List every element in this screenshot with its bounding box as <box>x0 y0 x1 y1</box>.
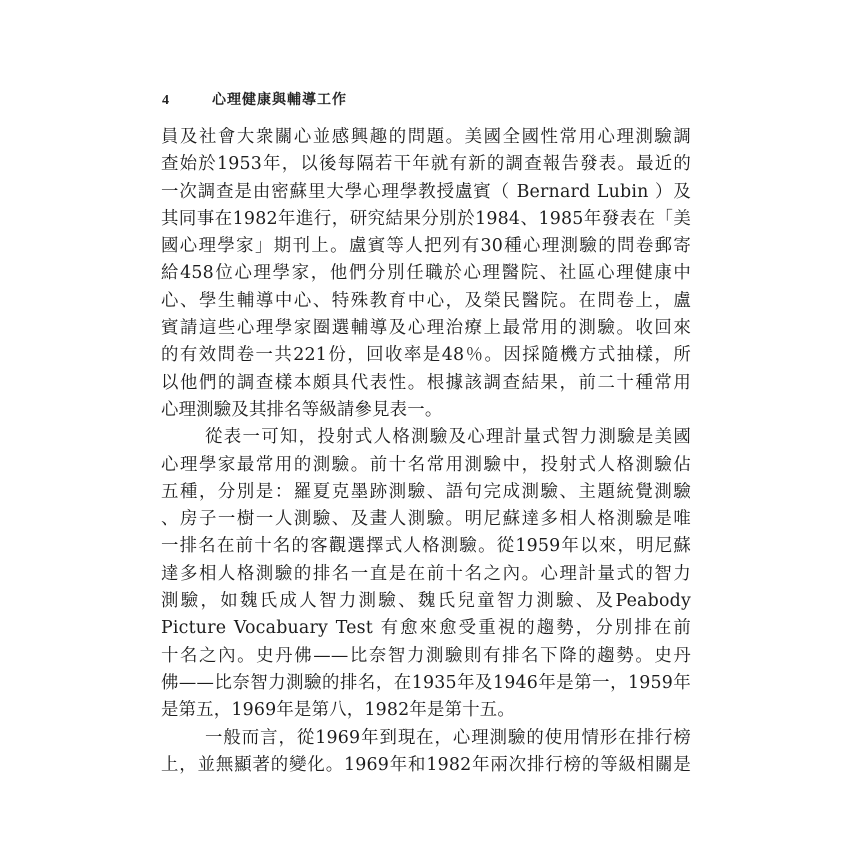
text-line: 五種，分別是：羅夏克墨跡測驗、語句完成測驗、主題統覺測驗 <box>161 479 691 506</box>
text-line: 從表一可知，投射式人格測驗及心理計量式智力測驗是美國 <box>161 424 691 451</box>
text-line: 上，並無顯著的變化。1969年和1982年兩次排行榜的等級相關是 <box>161 752 691 779</box>
text-line: 心理測驗及其排名等級請參見表一。 <box>161 397 691 424</box>
text-line: Picture Vocabuary Test 有愈來愈受重視的趨勢，分別排在前 <box>161 615 691 642</box>
text-line: 以他們的調查樣本頗具代表性。根據該調查結果，前二十種常用 <box>161 370 691 397</box>
book-title: 心理健康與輔導工作 <box>212 92 347 108</box>
text-line: 是第五，1969年是第八，1982年是第十五。 <box>161 697 691 724</box>
paragraph-2: 從表一可知，投射式人格測驗及心理計量式智力測驗是美國 心理學家最常用的測驗。前十… <box>161 424 691 724</box>
running-header: 4心理健康與輔導工作 <box>162 90 347 110</box>
text-line: 心、學生輔導中心、特殊教育中心，及榮民醫院。在問卷上，盧 <box>161 288 691 315</box>
body-text: 員及社會大衆關心並感興趣的問題。美國全國性常用心理測驗調 查始於1953年，以後… <box>161 124 691 779</box>
text-line: 一般而言，從1969年到現在，心理測驗的使用情形在排行榜 <box>161 725 691 752</box>
page-number: 4 <box>162 91 212 111</box>
text-line: 達多相人格測驗的排名一直是在前十名之內。心理計量式的智力 <box>161 561 691 588</box>
text-line: 一排名在前十名的客觀選擇式人格測驗。從1959年以來，明尼蘇 <box>161 533 691 560</box>
text-line: 心理學家最常用的測驗。前十名常用測驗中，投射式人格測驗佔 <box>161 452 691 479</box>
paragraph-1: 員及社會大衆關心並感興趣的問題。美國全國性常用心理測驗調 查始於1953年，以後… <box>161 124 691 424</box>
text-line: 員及社會大衆關心並感興趣的問題。美國全國性常用心理測驗調 <box>161 124 691 151</box>
text-line: 、房子一樹一人測驗、及畫人測驗。明尼蘇達多相人格測驗是唯 <box>161 506 691 533</box>
text-line: 一次調查是由密蘇里大學心理學教授盧賓（ Bernard Lubin ）及 <box>161 179 691 206</box>
paragraph-3: 一般而言，從1969年到現在，心理測驗的使用情形在排行榜 上，並無顯著的變化。1… <box>161 725 691 780</box>
text-line: 給458位心理學家，他們分別任職於心理醫院、社區心理健康中 <box>161 260 691 287</box>
book-page: 4心理健康與輔導工作 員及社會大衆關心並感興趣的問題。美國全國性常用心理測驗調 … <box>0 0 850 850</box>
text-line: 國心理學家」期刊上。盧賓等人把列有30種心理測驗的問卷郵寄 <box>161 233 691 260</box>
text-line: 佛——比奈智力測驗的排名，在1935年及1946年是第一，1959年 <box>161 670 691 697</box>
text-line: 賓請這些心理學家圈選輔導及心理治療上最常用的測驗。收回來 <box>161 315 691 342</box>
text-line: 測驗，如魏氏成人智力測驗、魏氏兒童智力測驗、及Peabody <box>161 588 691 615</box>
text-line: 的有效問卷一共221份，回收率是48％。因採隨機方式抽樣，所 <box>161 342 691 369</box>
text-line: 十名之內。史丹佛——比奈智力測驗則有排名下降的趨勢。史丹 <box>161 643 691 670</box>
text-line: 查始於1953年，以後每隔若干年就有新的調查報告發表。最近的 <box>161 151 691 178</box>
text-line: 其同事在1982年進行，研究結果分別於1984、1985年發表在「美 <box>161 206 691 233</box>
